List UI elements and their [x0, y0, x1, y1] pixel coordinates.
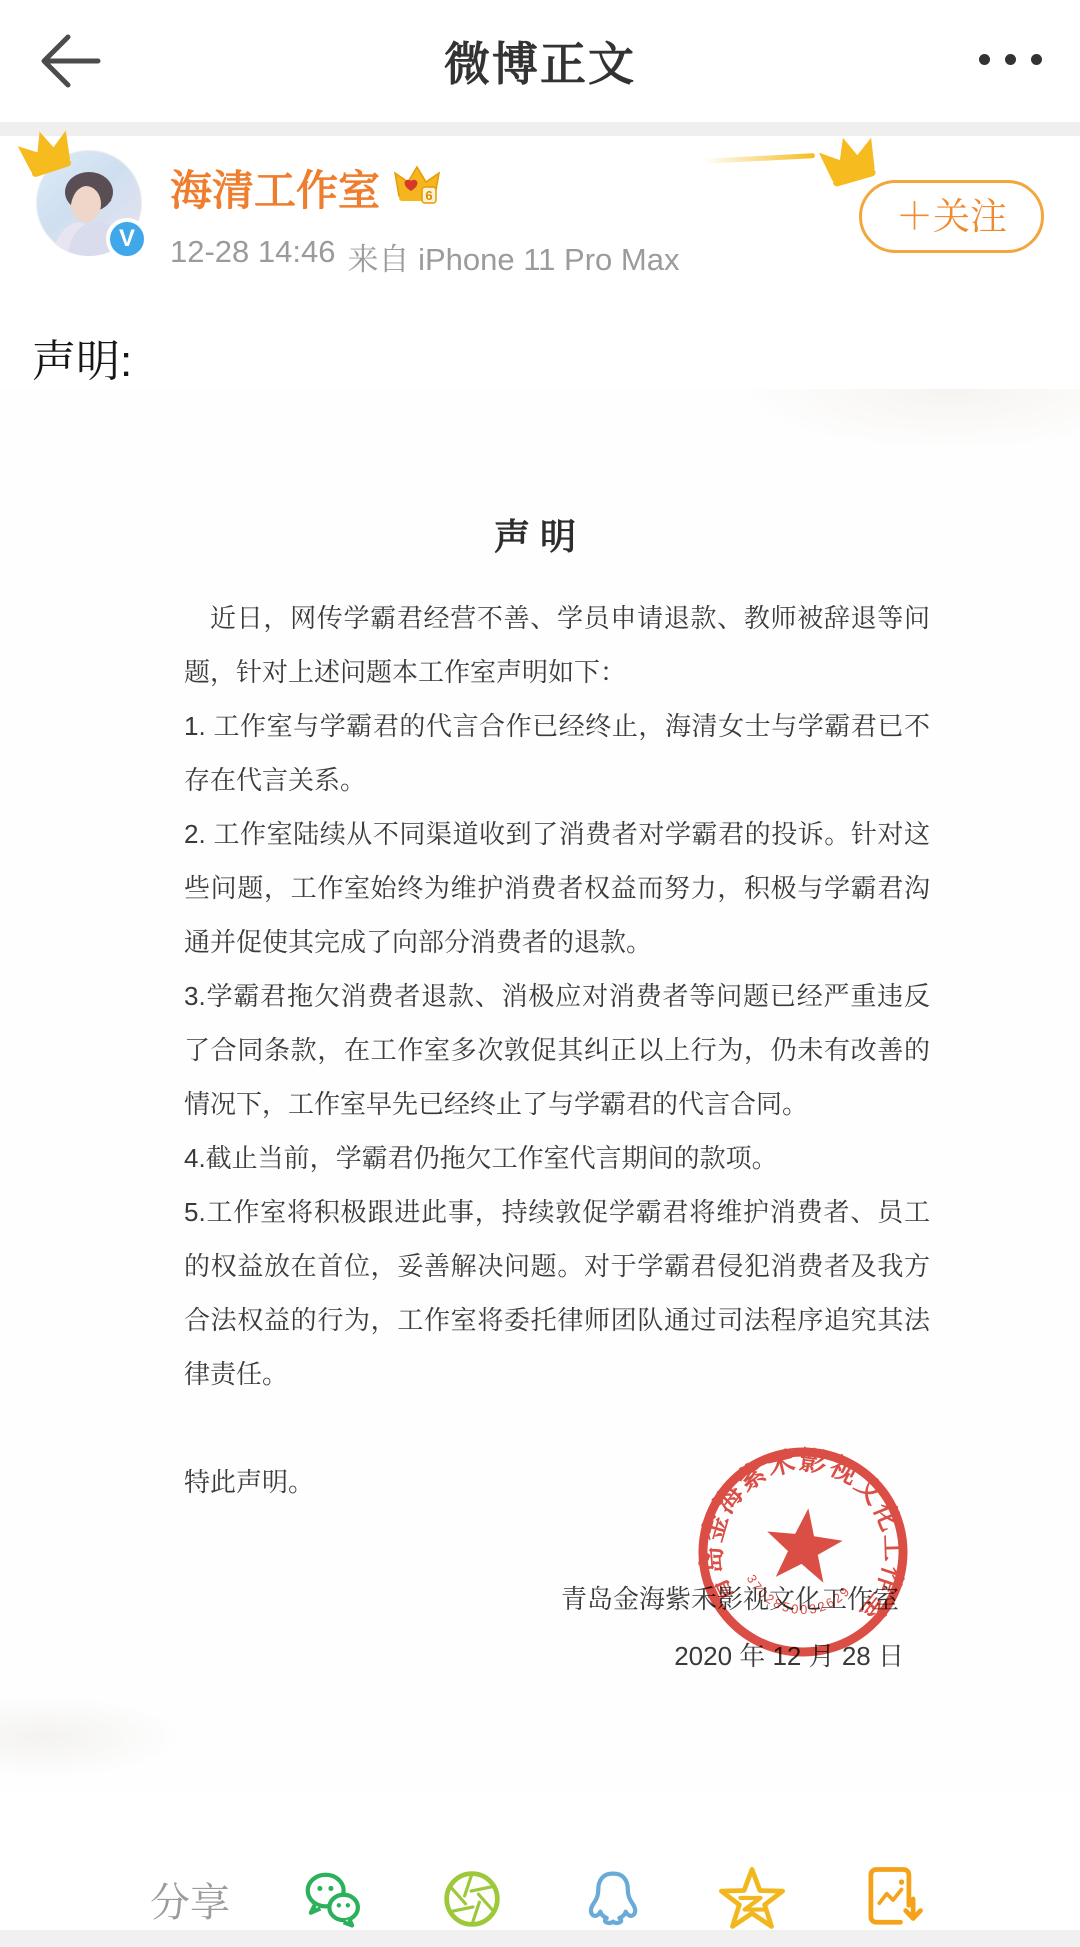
bottom-divider	[0, 1930, 1080, 1947]
wechat-moments-icon[interactable]	[434, 1861, 510, 1937]
username-link[interactable]: 海清工作室	[170, 158, 380, 218]
user-info: 海清工作室 6 12-28 14:46 来自 iPhone 11 Pro Max	[170, 150, 679, 279]
statement-date: 2020 年 12 月 28 日	[0, 1636, 1080, 1673]
vip-level: 6	[425, 188, 432, 203]
statement-body: 近日，网传学霸君经营不善、学员申请退款、教师被辞退等问题，针对上述问题本工作室声…	[0, 591, 1080, 1401]
save-image-icon[interactable]	[854, 1861, 930, 1937]
back-icon[interactable]	[34, 26, 106, 96]
more-icon[interactable]	[969, 44, 1052, 75]
statement-title: 声明	[0, 513, 1080, 561]
share-bar: 分享	[0, 1857, 1080, 1941]
statement-signature: 青岛金海紫禾影视文化工作室	[0, 1579, 1080, 1616]
follow-area: ＋关注	[859, 180, 1044, 253]
qq-icon[interactable]	[574, 1861, 650, 1937]
statement-image[interactable]: 声明 近日，网传学霸君经营不善、学员申请退款、教师被辞退等问题，针对上述问题本工…	[0, 389, 1080, 1793]
nav-divider	[0, 122, 1080, 136]
vip-crown-badge[interactable]: 6	[392, 163, 442, 214]
post-text: 声明:	[0, 325, 1080, 389]
statement-paragraph: 2. 工作室陆续从不同渠道收到了消费者对学霸君的投诉。针对这些问题，工作室始终为…	[184, 807, 930, 969]
share-label: 分享	[150, 1871, 230, 1928]
statement-closing: 特此声明。	[0, 1455, 1080, 1509]
statement-paragraph: 1. 工作室与学霸君的代言合作已经终止，海清女士与学霸君已不存在代言关系。	[184, 699, 930, 807]
wechat-icon[interactable]	[294, 1861, 370, 1937]
nav-bar: 微博正文	[0, 0, 1080, 122]
verified-badge-icon: V	[106, 218, 148, 260]
statement-paragraph: 5.工作室将积极跟进此事，持续敦促学霸君将维护消费者、员工的权益放在首位，妥善解…	[184, 1185, 930, 1401]
follow-button[interactable]: ＋关注	[859, 180, 1044, 253]
post-timestamp: 12-28 14:46	[170, 234, 335, 279]
weibo-post-page: { "nav": { "title": "微博正文" }, "user": { …	[0, 0, 1080, 1947]
qzone-icon[interactable]	[714, 1861, 790, 1937]
post-header: V 海清工作室 6 12-28 14:46 来自 iPhone 11 Pro M…	[0, 136, 1080, 279]
page-title: 微博正文	[444, 28, 636, 94]
statement-paragraph: 近日，网传学霸君经营不善、学员申请退款、教师被辞退等问题，针对上述问题本工作室声…	[184, 591, 930, 699]
statement-paragraph: 4.截止当前，学霸君仍拖欠工作室代言期间的款项。	[184, 1131, 930, 1185]
gold-streak-decoration	[703, 153, 815, 164]
avatar[interactable]: V	[36, 150, 142, 256]
statement-paragraph: 3.学霸君拖欠消费者退款、消极应对消费者等问题已经严重违反了合同条款，在工作室多…	[184, 969, 930, 1131]
post-source[interactable]: 来自 iPhone 11 Pro Max	[347, 234, 679, 279]
